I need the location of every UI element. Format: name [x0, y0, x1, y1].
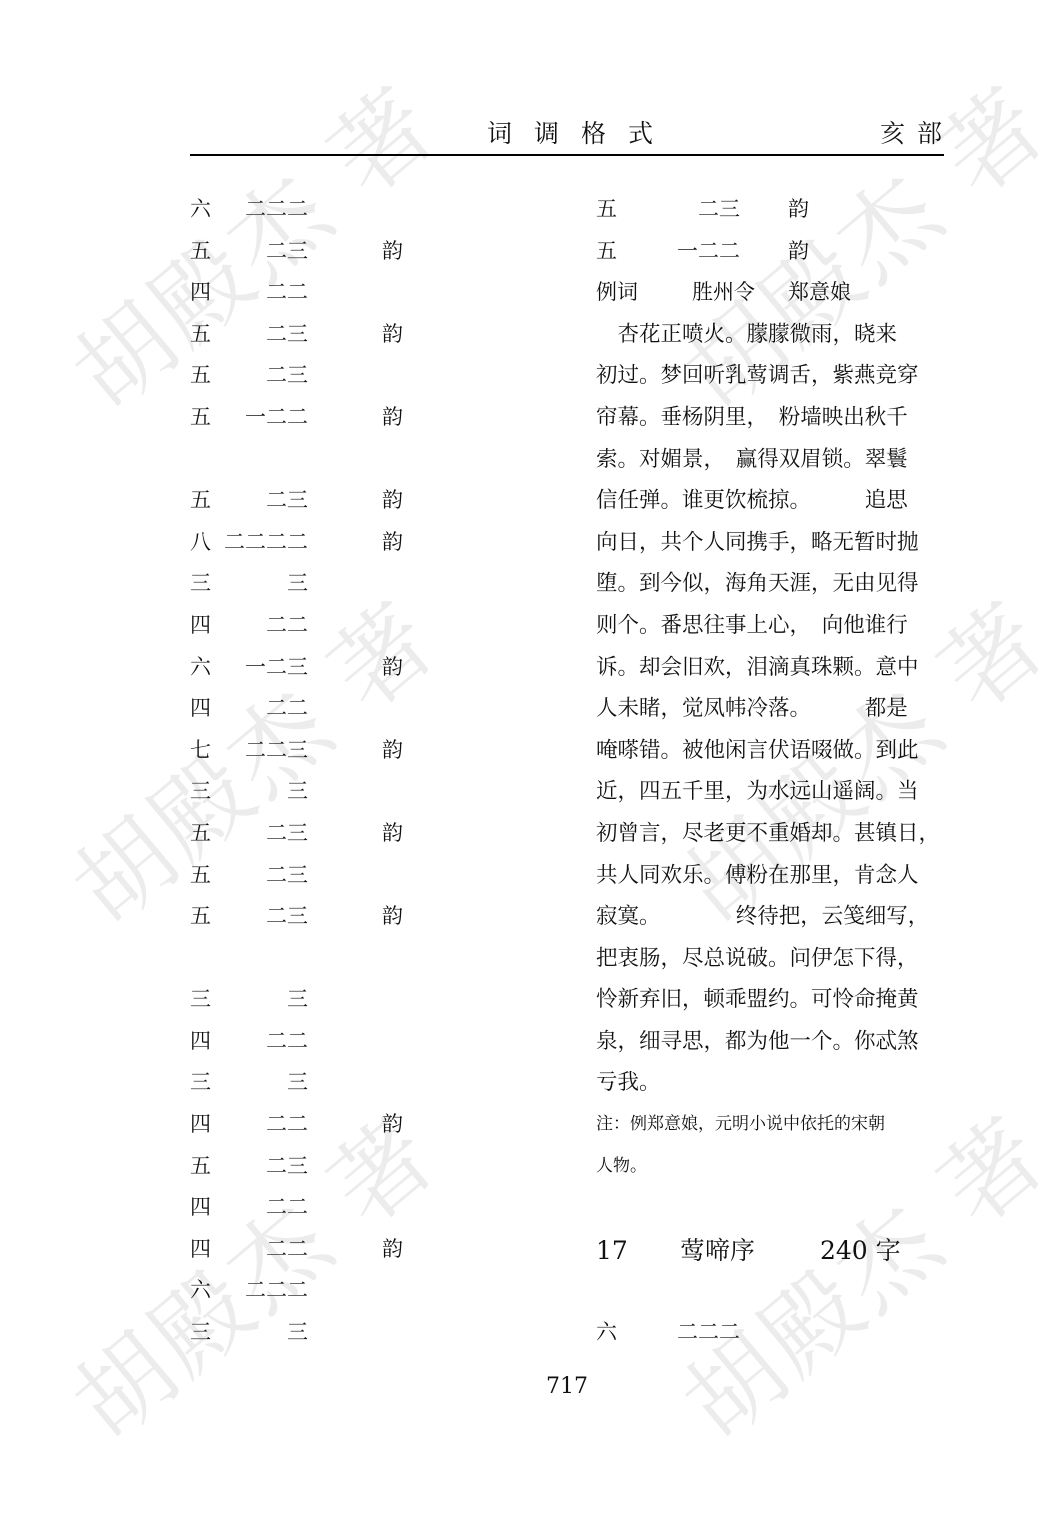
- rhyme-mark: 韵: [382, 480, 403, 522]
- section-char-count: 240 字: [820, 1229, 901, 1273]
- page-number: 717: [0, 1374, 1058, 1399]
- rhyme-mark: 韵: [382, 813, 403, 855]
- line-pattern: 二三: [190, 314, 308, 356]
- right-column: 五二三韵五一二二韵 例词 胜州令 郑意娘 杏花正喷火。朦朦微雨，晓来初过。梦回听…: [596, 189, 946, 1187]
- pattern-row: 七二二三韵: [190, 730, 440, 772]
- pattern-row: [190, 439, 440, 481]
- footnote-line: 人物。: [596, 1146, 944, 1188]
- line-pattern: 二二: [190, 1104, 308, 1146]
- rhyme-mark: 韵: [382, 1229, 403, 1271]
- rhyme-mark: 韵: [382, 647, 403, 689]
- pattern-row: 四二二韵: [190, 1104, 440, 1146]
- line-pattern: 二三: [190, 896, 308, 938]
- line-pattern: 二二: [190, 605, 308, 647]
- pattern-row: 五二三韵: [190, 314, 440, 356]
- poem-line: 向日，共个人同携手，略无暂时抛: [596, 522, 944, 564]
- example-author: 郑意娘: [788, 272, 851, 314]
- pattern-row: 四二二韵: [190, 1229, 440, 1271]
- example-heading: 例词 胜州令 郑意娘: [596, 272, 946, 314]
- line-pattern: 二二: [190, 1021, 308, 1063]
- section-first-pattern-row: 六 二二二: [596, 1312, 896, 1354]
- line-pattern: 二三: [190, 355, 308, 397]
- poem-line: 亏我。: [596, 1062, 944, 1104]
- pattern-row: 五二三: [190, 1146, 440, 1188]
- line-pattern: 二二三: [190, 730, 308, 772]
- line-pattern: 一二三: [190, 647, 308, 689]
- pattern-row: 五二三韵: [190, 813, 440, 855]
- pattern-row: 六 二二二: [596, 1312, 896, 1354]
- section-number: 17: [596, 1229, 628, 1273]
- rhyme-mark: 韵: [382, 522, 403, 564]
- line-pattern: 二二二二: [190, 522, 308, 564]
- rhyme-mark: 韵: [382, 730, 403, 772]
- pattern-row: 六一二三韵: [190, 647, 440, 689]
- pattern-row: 八二二二二韵: [190, 522, 440, 564]
- example-poem-text: 杏花正喷火。朦朦微雨，晓来初过。梦回听乳莺调舌，紫燕竞穿帘幕。垂杨阴里， 粉墙映…: [596, 314, 944, 1104]
- line-pattern: 三: [190, 771, 308, 813]
- poem-line: 堕。到今似，海角天涯，无由见得: [596, 563, 944, 605]
- right-column-pattern-table: 五二三韵五一二二韵: [596, 189, 946, 272]
- pattern-row: 四二二: [190, 688, 440, 730]
- line-pattern: 三: [190, 1312, 308, 1354]
- line-pattern: 二三: [190, 813, 308, 855]
- pattern-row: [190, 938, 440, 980]
- pattern-row: 五二三韵: [190, 231, 440, 273]
- line-pattern: 二二: [190, 272, 308, 314]
- poem-line: 杏花正喷火。朦朦微雨，晓来: [596, 314, 944, 356]
- pattern-row: 三三: [190, 771, 440, 813]
- rhyme-mark: 韵: [788, 231, 809, 273]
- poem-line: 共人同欢乐。傅粉在那里，肯念人: [596, 855, 944, 897]
- rhyme-mark: 韵: [382, 397, 403, 439]
- pattern-row: 四二二: [190, 272, 440, 314]
- left-column-pattern-table: 六二二二五二三韵四二二五二三韵五二三五一二二韵五二三韵八二二二二韵三三四二二六一…: [190, 189, 440, 1354]
- pattern-row: 六二二二: [190, 189, 440, 231]
- pattern-row: 四二二: [190, 1187, 440, 1229]
- line-pattern: 二三: [190, 855, 308, 897]
- pattern-row: 三三: [190, 979, 440, 1021]
- line-pattern: 二二二: [596, 1312, 740, 1354]
- line-pattern: 三: [190, 563, 308, 605]
- rhyme-mark: 韵: [382, 896, 403, 938]
- line-pattern: 三: [190, 1062, 308, 1104]
- poem-line: 诉。却会旧欢，泪滴真珠颗。意中: [596, 647, 944, 689]
- pattern-row: 五二三韵: [596, 189, 946, 231]
- pattern-row: 四二二: [190, 1021, 440, 1063]
- line-pattern: 二二: [190, 1229, 308, 1271]
- rhyme-mark: 韵: [382, 231, 403, 273]
- poem-line: 怜新弃旧，顿乖盟约。可怜命掩黄: [596, 979, 944, 1021]
- pattern-row: 五二三: [190, 355, 440, 397]
- pattern-row: 三三: [190, 563, 440, 605]
- rhyme-mark: 韵: [788, 189, 809, 231]
- pattern-row: 五二三韵: [190, 480, 440, 522]
- poem-line: 初过。梦回听乳莺调舌，紫燕竞穿: [596, 355, 944, 397]
- poem-line: 信任弹。谁更饮梳掠。 追思: [596, 480, 944, 522]
- poem-line: 泉，细寻思，都为他一个。你忒煞: [596, 1021, 944, 1063]
- rhyme-mark: 韵: [382, 314, 403, 356]
- poem-line: 则个。番思往事上心， 向他谁行: [596, 605, 944, 647]
- poem-line: 寂寞。 终待把，云笺细写，: [596, 896, 944, 938]
- line-pattern: 二三: [190, 480, 308, 522]
- poem-line: 唵嗏错。被他闲言伏语啜做。到此: [596, 730, 944, 772]
- line-pattern: 二三: [190, 1146, 308, 1188]
- line-pattern: 二三: [190, 231, 308, 273]
- pattern-row: 六二二二: [190, 1270, 440, 1312]
- footnote: 注：例郑意娘，元明小说中依托的宋朝人物。: [596, 1104, 944, 1187]
- pattern-row: 三三: [190, 1312, 440, 1354]
- pattern-row: 三三: [190, 1062, 440, 1104]
- example-tune-name: 胜州令: [692, 272, 755, 314]
- line-pattern: 二三: [596, 189, 740, 231]
- line-pattern: 一二二: [190, 397, 308, 439]
- line-pattern: 三: [190, 979, 308, 1021]
- line-pattern: 二二二: [190, 1270, 308, 1312]
- line-pattern: 二二: [190, 1187, 308, 1229]
- example-label: 例词: [596, 272, 638, 314]
- line-pattern: 二二二: [190, 189, 308, 231]
- poem-line: 近，四五千里，为水远山遥阔。当: [596, 771, 944, 813]
- poem-line: 初曾言，尽老更不重婚却。甚镇日，: [596, 813, 944, 855]
- pattern-row: 四二二: [190, 605, 440, 647]
- poem-line: 索。对媚景， 赢得双眉锁。翠鬟: [596, 439, 944, 481]
- line-pattern: 二二: [190, 688, 308, 730]
- pattern-row: 五二三韵: [190, 896, 440, 938]
- pattern-row: 五一二二韵: [190, 397, 440, 439]
- rhyme-mark: 韵: [382, 1104, 403, 1146]
- footnote-line: 注：例郑意娘，元明小说中依托的宋朝: [596, 1104, 944, 1146]
- page-header: 词调格式 亥部: [190, 108, 944, 156]
- running-title: 词调格式: [487, 114, 675, 150]
- pattern-row: 五一二二韵: [596, 231, 946, 273]
- poem-line: 人未睹，觉凤帏冷落。 都是: [596, 688, 944, 730]
- line-pattern: 一二二: [596, 231, 740, 273]
- section-label: 亥部: [880, 114, 954, 150]
- section-tune-name: 莺啼序: [680, 1229, 755, 1273]
- poem-line: 把衷肠，尽总说破。问伊怎下得，: [596, 938, 944, 980]
- pattern-row: 五二三: [190, 855, 440, 897]
- poem-line: 帘幕。垂杨阴里， 粉墙映出秋千: [596, 397, 944, 439]
